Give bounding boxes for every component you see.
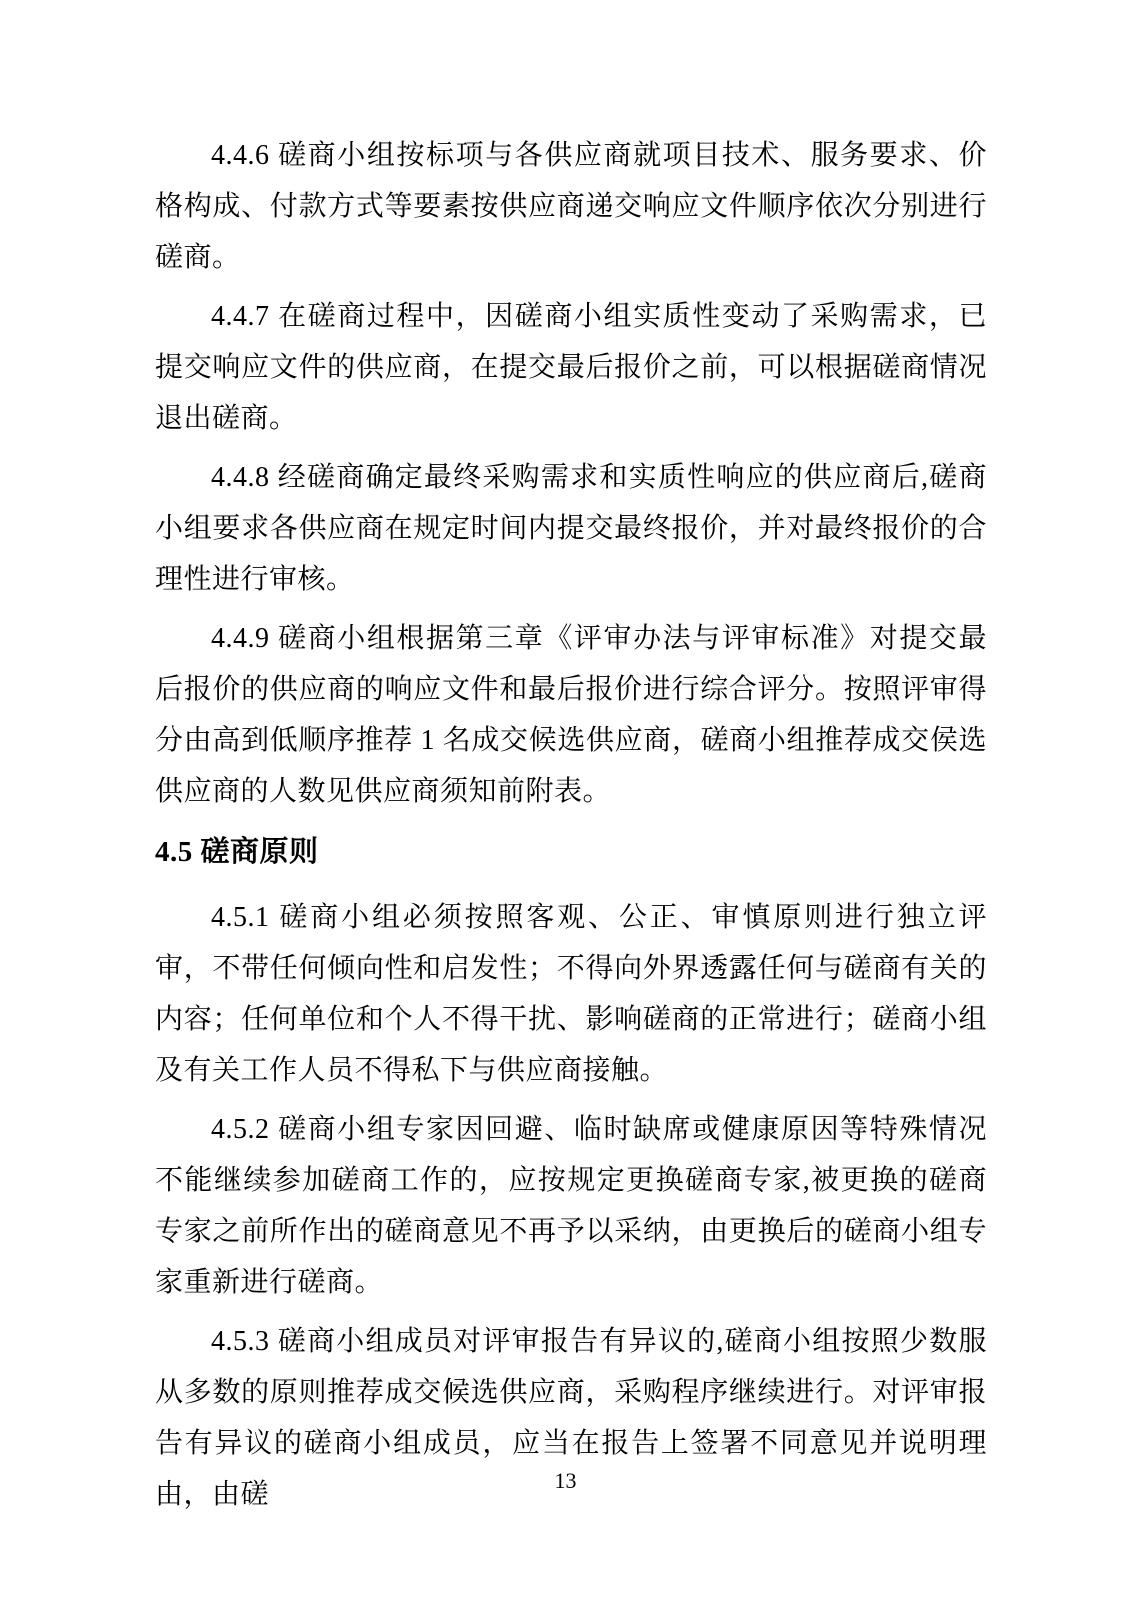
- paragraph-4-5-1: 4.5.1 磋商小组必须按照客观、公正、审慎原则进行独立评审，不带任何倾向性和启…: [155, 892, 987, 1096]
- section-heading-4-5: 4.5 磋商原则: [155, 827, 987, 878]
- paragraph-4-4-6: 4.4.6 磋商小组按标项与各供应商就项目技术、服务要求、价格构成、付款方式等要…: [155, 130, 987, 283]
- page-number: 13: [0, 1466, 1131, 1496]
- paragraph-4-4-7: 4.4.7 在磋商过程中，因磋商小组实质性变动了采购需求，已提交响应文件的供应商…: [155, 291, 987, 444]
- paragraph-4-4-9: 4.4.9 磋商小组根据第三章《评审办法与评审标准》对提交最后报价的供应商的响应…: [155, 613, 987, 817]
- page-body-text: 4.4.6 磋商小组按标项与各供应商就项目技术、服务要求、价格构成、付款方式等要…: [155, 130, 987, 1528]
- document-page: { "document": { "blocks": [ { "type": "p…: [0, 0, 1131, 1600]
- paragraph-4-4-8: 4.4.8 经磋商确定最终采购需求和实质性响应的供应商后,磋商小组要求各供应商在…: [155, 452, 987, 605]
- paragraph-4-5-2: 4.5.2 磋商小组专家因回避、临时缺席或健康原因等特殊情况不能继续参加磋商工作…: [155, 1104, 987, 1308]
